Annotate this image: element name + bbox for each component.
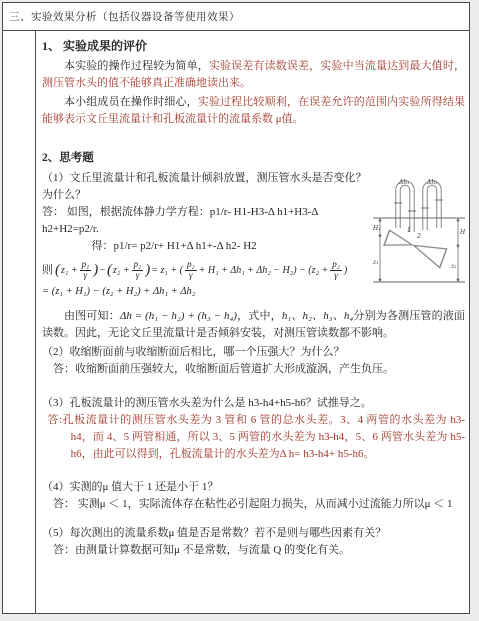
p1-black-text: 本实验的操作过程较为简单，	[64, 60, 209, 72]
section1-paragraph2: 本小组成员在操作时细心，实验过程比较顺利，在误差允许的范围内实验所得结果能够表示…	[42, 94, 465, 128]
section1-heading: 1、 实验成果的评价	[42, 37, 465, 56]
label-section-1: 1	[407, 227, 411, 234]
equation-then: 则 ( z₁ + p₁γ ) − ( z₂ + p₂γ ) = z₁ + ( p…	[42, 259, 368, 282]
label-z2: z₂	[450, 263, 457, 270]
label-H2: H₂	[459, 229, 465, 236]
paren: (	[107, 259, 112, 282]
fraction-p1-gamma: p₁γ	[80, 260, 92, 281]
venturi-outlet-face	[440, 248, 447, 267]
section1-paragraph1: 本实验的操作过程较为简单，实验误差有读数误差，实验中当流量达到最大值时，测压管水…	[42, 58, 465, 92]
eq-rhs-open: = z₁ + (	[151, 263, 183, 279]
label-z1: z₁	[373, 259, 379, 266]
eq-rhs-middle: + H₁ + Δh₁ + Δh₂ − H₂) − (z₂ +	[199, 263, 329, 279]
answer-3: 答:孔板流量计的测压管水头差为 3 管和 6 管的总水头差。3、4 两管的水头差…	[42, 412, 465, 463]
body-row: 1、 实验成果的评价 本实验的操作过程较为简单，实验误差有读数误差，实验中当流量…	[3, 31, 469, 614]
answer-2: 答：收缩断面前压强较大，收缩断面后管道扩大形成漩涡，产生负压。	[42, 361, 465, 378]
eq-rhs-close: )	[344, 263, 347, 279]
answer-5: 答：由测量计算数据可知μ 不是常数，与流量 Q 的变化有关。	[42, 542, 465, 559]
eq-term-z2: z₂ +	[113, 263, 130, 279]
label-delta-h2: Δh₂	[426, 179, 438, 186]
left-u-tube-outline	[398, 183, 412, 232]
venturi-tube	[383, 228, 446, 267]
conclusion-mid: ，式中，	[237, 310, 282, 322]
content-column: 1、 实验成果的评价 本实验的操作过程较为简单，实验误差有读数误差，实验中当流量…	[36, 31, 469, 614]
question-4: （4）实测的μ 值大于 1 还是小于 1？	[42, 479, 465, 496]
label-H1: H₁	[373, 225, 381, 232]
conclusion-prefix: 由图可知：	[64, 310, 120, 322]
page-header-title: 三、实验效果分析（包括仪器设备等使用效果）	[9, 9, 240, 24]
conclusion-formula: Δh = (h₁ − h₂) + (h₃ − h₄)	[120, 310, 237, 322]
venturi-inlet-face	[384, 230, 389, 245]
conclusion-variables: h₁、h₂、h₃、h₄	[282, 310, 353, 322]
label-delta-h1: Δh₁	[398, 179, 410, 186]
question-2: （2）收缩断面前与收缩断面后相比，哪一个压强大？为什么？	[42, 344, 465, 361]
left-margin-column	[3, 31, 36, 614]
right-u-tube-outline	[425, 183, 439, 230]
venturi-manometer-diagram: Δh₁ Δh₂ 1 2	[373, 170, 465, 294]
question-5: （5）每次测出的流量系数μ 值是否是常数？若不是则与哪些因素有关？	[42, 525, 465, 542]
page-header: 三、实验效果分析（包括仪器设备等使用效果）	[3, 3, 469, 31]
label-section-2: 2	[416, 233, 421, 240]
spacer	[42, 379, 465, 393]
document-page: 三、实验效果分析（包括仪器设备等使用效果） 1、 实验成果的评价 本实验的操作过…	[2, 2, 470, 614]
venturi-manometer-figure: Δh₁ Δh₂ 1 2	[373, 170, 465, 294]
spacer	[42, 513, 465, 523]
eq-minus: −	[99, 263, 106, 279]
question-3: （3）孔板流量计的测压管水头差为什么是 h3-h4+h5-h6？试推导之。	[42, 395, 465, 412]
paren: )	[93, 259, 98, 282]
section2-heading: 2、思考题	[42, 150, 465, 168]
p2-black-text: 本小组成员在操作时细心，	[64, 96, 198, 108]
equation-label: 则	[42, 262, 53, 279]
conclusion-paragraph: 由图可知：Δh = (h₁ − h₂) + (h₃ − h₄)，式中，h₁、h₂…	[42, 308, 465, 342]
fraction-p2-gamma-2: p₂γ	[185, 260, 197, 281]
paren: (	[55, 259, 60, 282]
fraction-p2-gamma-3: p₂γ	[330, 260, 342, 281]
paren: )	[145, 259, 150, 282]
answer-4: 答： 实测μ ＜ 1，实际流体存在粘性必引起阻力损失，从而减小过流能力所以μ ＜…	[42, 496, 465, 513]
fraction-p2-gamma: p₂γ	[132, 260, 144, 281]
spacer	[42, 463, 465, 477]
eq-term-z1: z₁ +	[61, 263, 78, 279]
